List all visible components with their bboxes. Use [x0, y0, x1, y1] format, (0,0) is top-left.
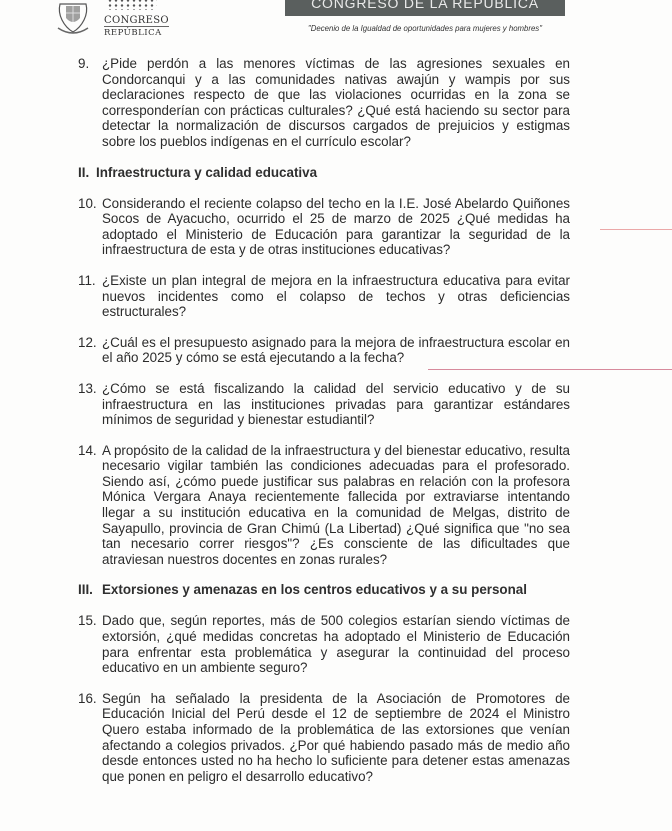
question-9: 9. ¿Pide perdón a las menores víctimas d… [78, 56, 570, 150]
document-body: 9. ¿Pide perdón a las menores víctimas d… [78, 56, 570, 799]
institution-title-bar: CONGRESO DE LA REPÚBLICA [285, 0, 565, 16]
section-heading-ii: II. Infraestructura y calidad educativa [78, 165, 570, 181]
question-number: 15. [78, 613, 97, 629]
question-text: ¿Cuál es el presupuesto asignado para la… [102, 335, 570, 366]
question-text: Según ha señalado la presidenta de la As… [102, 691, 570, 784]
question-16: 16. Según ha señalado la presidenta de l… [78, 691, 570, 785]
logo-text-congreso: CONGRESO [104, 15, 169, 27]
question-text: ¿Existe un plan integral de mejora en la… [102, 273, 570, 319]
scan-margin-line [428, 369, 672, 370]
question-14: 14. A propósito de la calidad de la infr… [78, 443, 570, 568]
question-11: 11. ¿Existe un plan integral de mejora e… [78, 273, 570, 320]
logo-text-republica: REPÚBLICA [104, 28, 160, 39]
section-number: III. [78, 582, 93, 598]
question-15: 15. Dado que, según reportes, más de 500… [78, 613, 570, 675]
question-text: A propósito de la calidad de la infraest… [102, 443, 570, 567]
question-10: 10. Considerando el reciente colapso del… [78, 196, 570, 258]
section-number: II. [78, 165, 89, 181]
question-text: Dado que, según reportes, más de 500 col… [102, 613, 570, 675]
question-12: 12. ¿Cuál es el presupuesto asignado par… [78, 335, 570, 366]
section-title: Extorsiones y amenazas en los centros ed… [102, 582, 527, 597]
section-heading-iii: III. Extorsiones y amenazas en los centr… [78, 582, 570, 598]
question-number: 11. [78, 273, 96, 289]
document-header: CONGRESO REPÚBLICA CONGRESO DE LA REPÚBL… [0, 0, 672, 44]
question-text: ¿Cómo se está fiscalizando la calidad de… [102, 381, 570, 427]
scan-edge-mark [600, 229, 672, 230]
congreso-logo: CONGRESO REPÚBLICA [104, 0, 160, 42]
question-number: 12. [78, 335, 97, 351]
question-number: 14. [78, 443, 97, 459]
question-number: 13. [78, 381, 97, 397]
coat-of-arms-icon [56, 0, 90, 36]
question-number: 10. [78, 196, 97, 212]
section-title: Infraestructura y calidad educativa [96, 165, 317, 180]
question-text: ¿Pide perdón a las menores víctimas de l… [102, 56, 570, 149]
question-number: 16. [78, 691, 97, 707]
question-number: 9. [78, 56, 89, 72]
question-13: 13. ¿Cómo se está fiscalizando la calida… [78, 381, 570, 428]
slogan: "Decenio de la Igualdad de oportunidades… [285, 24, 565, 33]
question-text: Considerando el reciente colapso del tec… [102, 196, 570, 258]
building-icon [107, 0, 157, 10]
